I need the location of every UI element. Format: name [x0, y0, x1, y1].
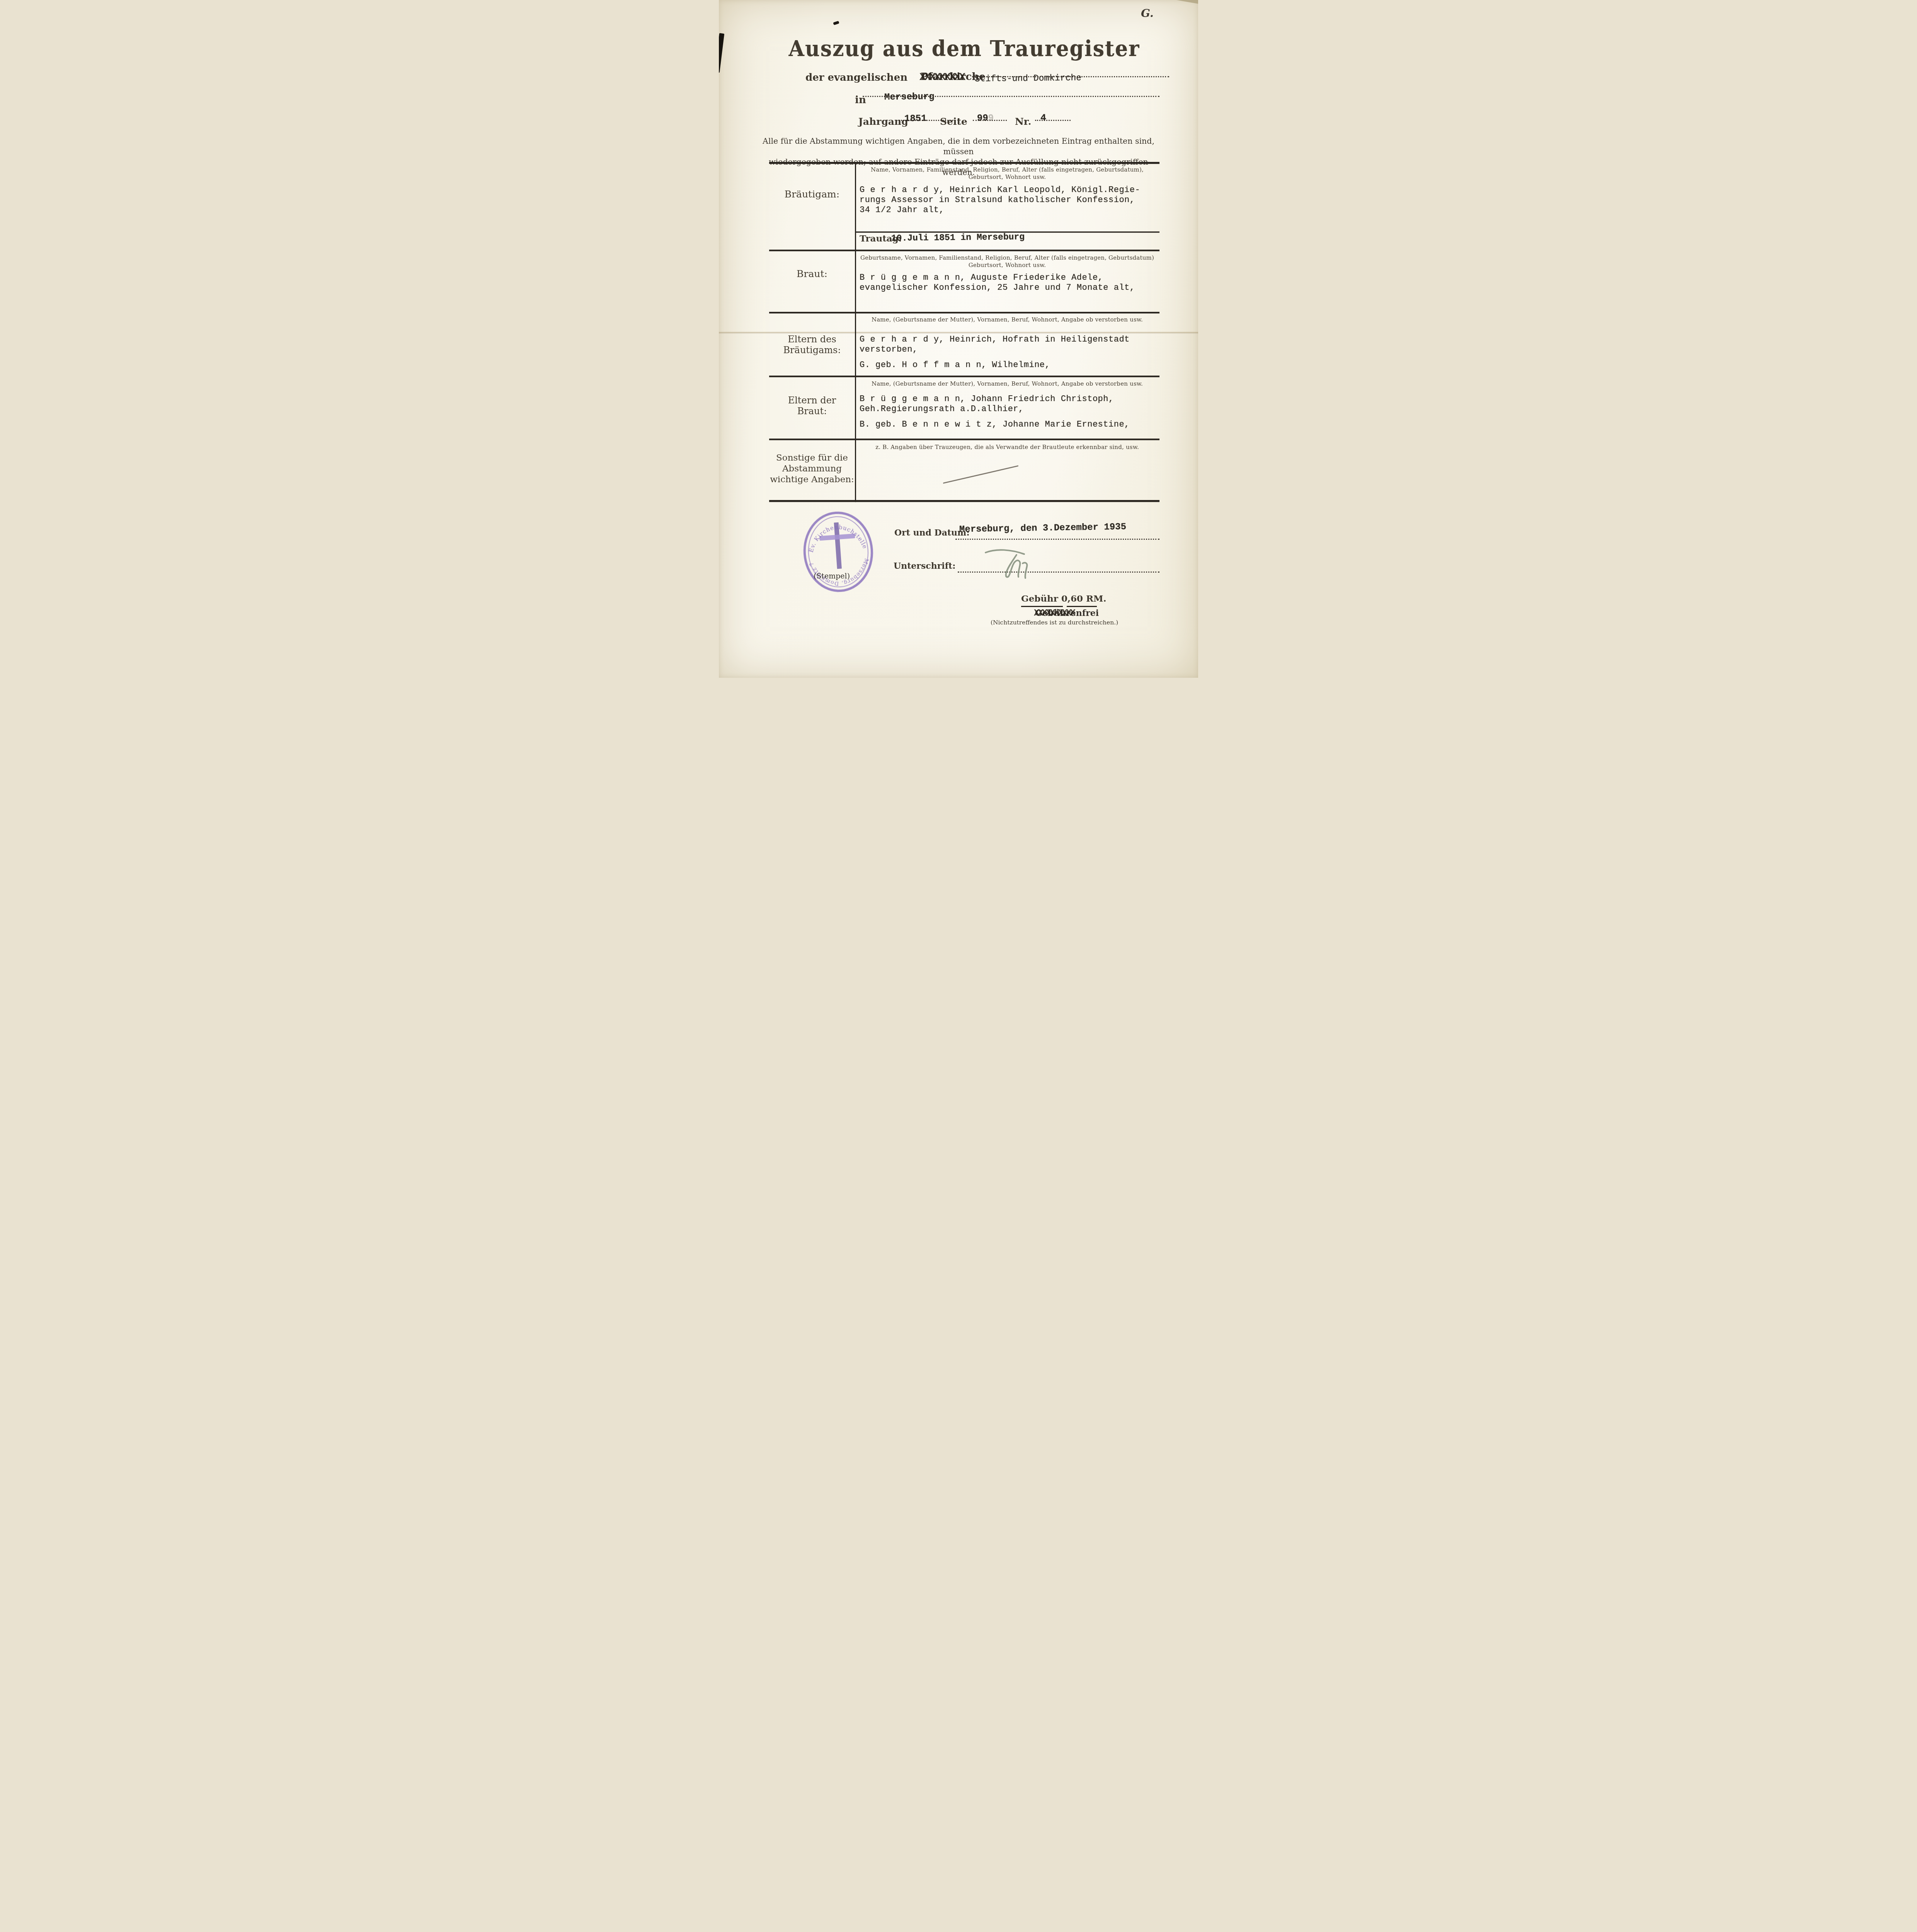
eltern-braut-header: Name, (Geburtsname der Mutter), Vornamen… — [855, 380, 1159, 387]
church-stamp: Ev. Kirchenbuchstelle Merseburg, Domplat… — [799, 508, 878, 598]
jahrgang-typed-value: 1851 — [904, 114, 927, 124]
braut-header-line1: Geburtsname, Vornamen, Familienstand, Re… — [855, 254, 1159, 261]
table-rule-below-eltern-braeutigam — [769, 376, 1159, 377]
scan-artifact-top-mark — [833, 21, 839, 25]
table-rule-below-eltern-braut — [769, 439, 1159, 440]
row-label-eltern-braut-line2: Braut: — [769, 406, 855, 417]
nr-dotted-rule — [1035, 120, 1071, 121]
signature-flourish — [986, 550, 1024, 554]
document-page: G. Auszug aus dem Trauregister der evang… — [719, 0, 1198, 678]
durchstreichen-note: (Nichtzutreffendes ist zu durchstreichen… — [991, 619, 1118, 626]
row-label-braeutigam: Bräutigam: — [769, 189, 855, 200]
braut-typed-line2: evangelischer Konfession, 25 Jahre und 7… — [860, 283, 1135, 293]
eltern-braeutigam-typed-line2: verstorben, — [860, 345, 918, 354]
braut-header-line2: Geburtsort, Wohnort usw. — [855, 262, 1159, 269]
instruction-line-1: Alle für die Abstammung wichtigen Angabe… — [761, 136, 1156, 157]
gebuehr-underline-left — [1021, 606, 1063, 607]
ort-datum-dotted-rule — [955, 539, 1159, 540]
signature-scrawl — [1006, 555, 1027, 578]
eltern-braeutigam-typed-line3: G. geb. H o f f m a n n, Wilhelmine, — [860, 360, 1050, 370]
church-line-prefix: der evangelischen — [805, 72, 907, 83]
table-rule-top — [769, 162, 1159, 164]
braeutigam-typed-line2: rungs Assessor in Stralsund katholischer… — [860, 195, 1135, 205]
eltern-braeutigam-typed-line1: G e r h a r d y, Heinrich, Hofrath in He… — [860, 335, 1130, 344]
scan-artifact-left-edge — [719, 33, 724, 73]
braeutigam-typed-line1: G e r h a r d y, Heinrich Karl Leopold, … — [860, 185, 1140, 195]
signature — [969, 544, 1039, 585]
row-label-eltern-braeutigam-line1: Eltern des — [769, 334, 855, 345]
seite-typed-value: 999 — [977, 113, 994, 124]
scan-artifact-top-right — [1172, 0, 1198, 4]
ort-datum-label: Ort und Datum: — [894, 528, 970, 538]
church-stamp-svg: Ev. Kirchenbuchstelle Merseburg, Domplat… — [799, 508, 878, 596]
braeutigam-typed-line3: 34 1/2 Jahr alt, — [860, 205, 944, 215]
eltern-braut-typed-line3: B. geb. B e n n e w i t z, Johanne Marie… — [860, 420, 1130, 429]
corner-handwritten-mark: G. — [1141, 7, 1154, 20]
church-line-dotted-rule — [972, 76, 1169, 77]
church-name-typed: Stifts-und Domkirche — [975, 73, 1081, 84]
seite-faded-digit: 9 — [988, 113, 994, 124]
row-label-sonstige-line2: Abstammung — [769, 464, 855, 474]
table-rule-below-braut — [769, 312, 1159, 313]
row-label-sonstige-line3: wichtige Angaben: — [769, 474, 855, 485]
empty-field-cancel-stroke — [943, 465, 1018, 483]
eltern-braut-typed-line1: B r ü g g e m a n n, Johann Friedrich Ch… — [860, 394, 1114, 404]
seite-label: Seite — [940, 116, 967, 127]
gebuehr-underline-right — [1067, 606, 1097, 607]
struck-option-gebuehrenfrei: Gebührenfrei XXXXXXXXXX — [1035, 608, 1099, 618]
nr-label: Nr. — [1015, 116, 1031, 127]
braut-typed-line1: B r ü g g e m a n n, Auguste Friederike … — [860, 273, 1103, 282]
place-typed-value: Merseburg — [884, 92, 935, 102]
table-rule-bottom — [769, 500, 1159, 502]
row-label-eltern-braut-line1: Eltern der — [769, 395, 855, 406]
page-title: Auszug aus dem Trauregister — [769, 36, 1159, 62]
table-rule-below-trautag — [769, 250, 1159, 251]
sonstige-header: z. B. Angaben über Trauzeugen, die als V… — [855, 444, 1159, 451]
row-label-eltern-braeutigam-line2: Bräutigams: — [769, 345, 855, 355]
row-label-braut: Braut: — [769, 268, 855, 279]
unterschrift-label: Unterschrift: — [894, 561, 955, 571]
place-line-dotted-rule — [863, 96, 1159, 97]
ort-datum-typed-value: Merseburg, den 3.Dezember 1935 — [959, 522, 1126, 535]
eltern-braut-typed-line2: Geh.Regierungsrath a.D.allhier, — [860, 404, 1024, 414]
nr-typed-value: 4 — [1040, 112, 1046, 124]
gebuehr-fee-text: Gebühr 0,60 RM. — [1021, 594, 1107, 604]
trautag-typed-value: 10.Juli 1851 in Merseburg — [891, 232, 1025, 243]
jahrgang-label: Jahrgang — [858, 116, 908, 127]
braeutigam-header-line1: Name, Vornamen, Familienstand, Religion,… — [855, 166, 1159, 173]
row-label-sonstige-line1: Sonstige für die — [769, 453, 855, 463]
braeutigam-header-line2: Geburtsort, Wohnort usw. — [855, 173, 1159, 180]
eltern-braeutigam-header: Name, (Geburtsname der Mutter), Vornamen… — [855, 316, 1159, 323]
gebuehrenfrei-strike-overlay: XXXXXXXXXX — [1034, 608, 1100, 619]
seite-dotted-rule — [973, 120, 1007, 121]
stempel-caption: (Stempel) — [809, 572, 854, 580]
table-column-divider — [855, 162, 856, 502]
